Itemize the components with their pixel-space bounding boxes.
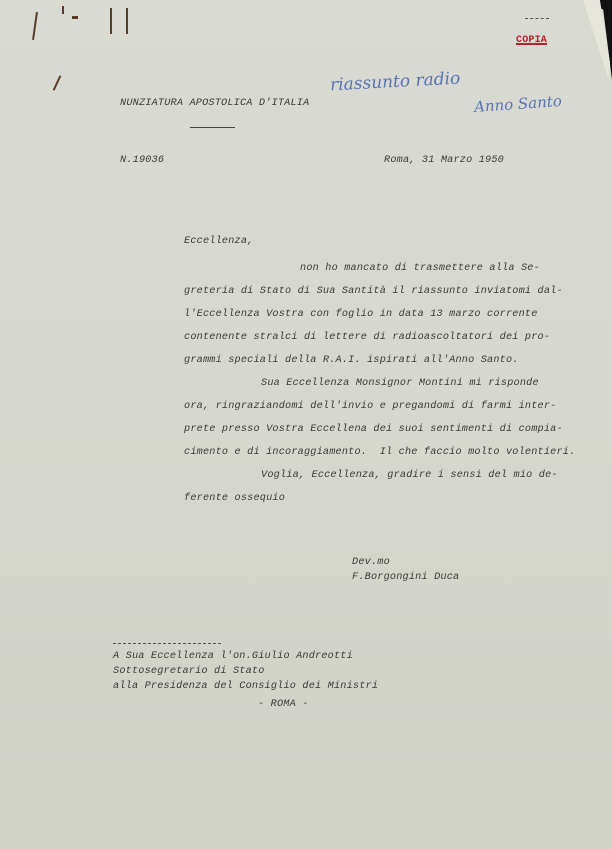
addressee-city: - ROMA -: [258, 699, 309, 710]
copia-stamp: COPIA: [516, 35, 547, 46]
protocol-number: N.19036: [120, 155, 164, 166]
addressee-line: alla Presidenza del Consiglio dei Minist…: [113, 681, 378, 692]
body-line: Sua Eccellenza Monsignor Montini mi risp…: [261, 378, 539, 389]
margin-mark: [72, 16, 78, 19]
body-line: contenente stralci di lettere di radioas…: [184, 332, 550, 343]
dashed-line: [525, 18, 549, 19]
body-line: grammi speciali della R.A.I. ispirati al…: [184, 355, 519, 366]
letterhead: NUNZIATURA APOSTOLICA D'ITALIA: [120, 98, 309, 109]
signature: F.Borgongini Duca: [352, 572, 459, 583]
handwritten-note: Anno Santo: [473, 92, 562, 116]
body-line: non ho mancato di trasmettere alla Se-: [300, 263, 540, 274]
body-line: ferente ossequio: [184, 493, 285, 504]
body-line: prete presso Vostra Eccellena dei suoi s…: [184, 424, 563, 435]
margin-mark: [110, 8, 112, 34]
salutation: Eccellenza,: [184, 236, 253, 247]
body-line: greteria di Stato di Sua Santità il rias…: [184, 286, 563, 297]
addressee-rule: [113, 643, 221, 644]
body-line: cimento e di incoraggiamento. Il che fac…: [184, 447, 575, 458]
place-date: Roma, 31 Marzo 1950: [384, 155, 504, 166]
body-line: ora, ringraziandomi dell'invio e pregand…: [184, 401, 557, 412]
handwritten-note: riassunto radio: [330, 69, 461, 96]
margin-mark: [32, 12, 38, 40]
letterhead-rule: [190, 127, 235, 128]
addressee-line: Sottosegretario di Stato: [113, 666, 265, 677]
letter-page: COPIA riassunto radio Anno Santo NUNZIAT…: [0, 0, 612, 849]
margin-mark: [62, 6, 64, 14]
addressee-line: A Sua Eccellenza l'on.Giulio Andreotti: [113, 651, 353, 662]
margin-mark: [53, 75, 62, 90]
body-line: Voglia, Eccellenza, gradire i sensi del …: [261, 470, 558, 481]
margin-mark: [126, 8, 128, 34]
body-line: l'Eccellenza Vostra con foglio in data 1…: [184, 309, 538, 320]
closing: Dev.mo: [352, 557, 390, 568]
